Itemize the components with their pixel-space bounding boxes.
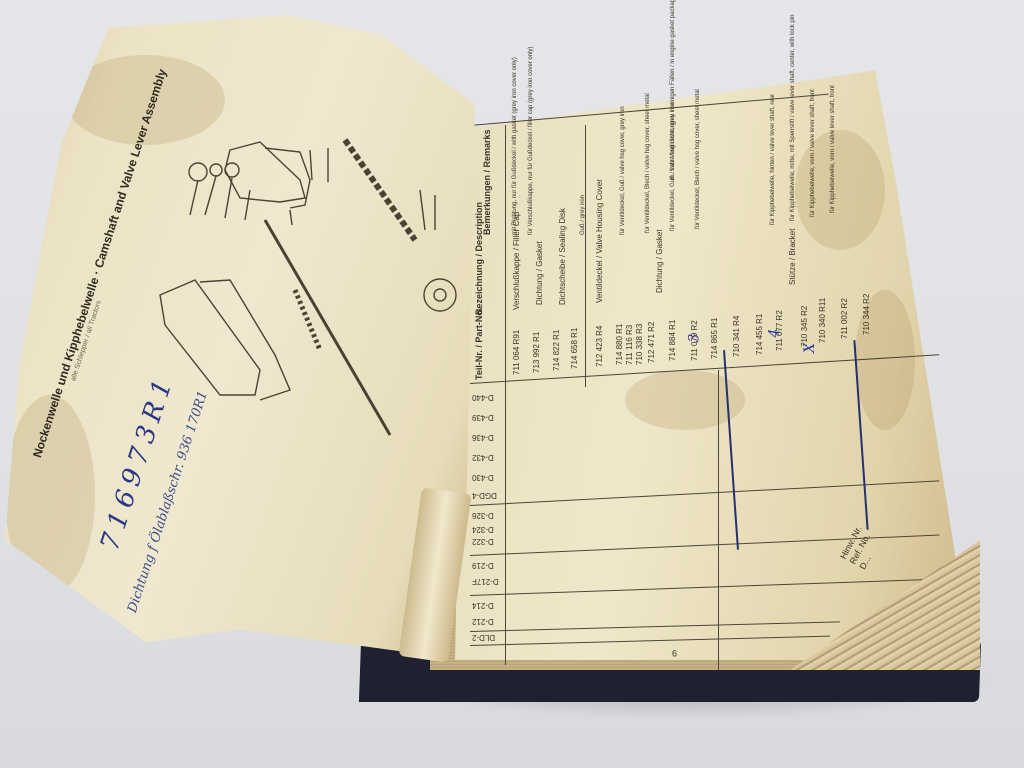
- part-number: 711 002 R2: [840, 298, 849, 339]
- column-line: [505, 125, 506, 665]
- part-remark: für Verschlußkappe, nur für Gußdeckel / …: [528, 47, 534, 235]
- row-line: [470, 579, 940, 596]
- model-label: D-439: [472, 413, 494, 422]
- part-number: 710 340 R11: [818, 298, 827, 343]
- side-note: m. Satz Ventildichtungen in einigen Fäll…: [670, 0, 676, 180]
- model-label: D-217F: [472, 577, 499, 586]
- model-label: D-219: [472, 561, 494, 570]
- model-label: D-432: [472, 453, 494, 462]
- part-remark: für Ventildeckel, Blech / valve hsg cove…: [645, 93, 651, 233]
- part-description: Dichtung / Gasket: [655, 229, 664, 293]
- part-number: 710 338 R3: [635, 324, 644, 365]
- part-remark: für Kipphebelwelle, vorn / valve lever s…: [810, 89, 816, 217]
- model-label: D-326: [472, 511, 494, 520]
- pen-line: [723, 350, 738, 550]
- part-number: 714 884 R1: [668, 320, 677, 361]
- photo-scene: Teil-Nr. / Part-No. Bezeichnung / Descri…: [0, 0, 1024, 768]
- part-number: 714 455 R1: [755, 314, 764, 355]
- model-label: DLD-2: [472, 633, 495, 642]
- part-number: 714 880 R1: [615, 324, 624, 365]
- part-remark: Guß / grey iron: [580, 195, 586, 235]
- model-label: D-322: [472, 537, 494, 546]
- part-number: 711 064 R91: [512, 330, 521, 375]
- model-label: D-212: [472, 617, 494, 626]
- part-remark: für Kipphebelwelle, hinten / valve lever…: [770, 94, 776, 225]
- group-divider: [470, 480, 939, 506]
- model-label: D-430: [472, 473, 494, 482]
- row-line: [470, 621, 840, 632]
- part-description: Stütze / Bracket: [788, 229, 797, 285]
- part-number: 714 658 R1: [570, 328, 579, 369]
- parts-table: Teil-Nr. / Part-No. Bezeichnung / Descri…: [470, 125, 950, 665]
- part-remark: für Kipphebelwelle, mitte, mit Sperrstif…: [790, 15, 796, 221]
- part-number: 712 423 R4: [595, 326, 604, 367]
- row-line: [470, 636, 830, 646]
- part-remark: mit Dichtung, nur für Gußdeckel / with g…: [512, 57, 518, 235]
- model-label: D-214: [472, 601, 494, 610]
- part-description: Dichtung / Gasket: [535, 241, 544, 305]
- header-part-no: Teil-Nr. / Part-No.: [474, 308, 484, 380]
- part-remark: für Ventildeckel, Guß / valve hsg cover,…: [620, 106, 626, 235]
- part-number: 712 471 R2: [647, 322, 656, 363]
- model-label: D-324: [472, 525, 494, 534]
- part-description: Dichtscheibe / Sealing Disk: [558, 208, 567, 305]
- part-number: 710 345 R2: [800, 306, 809, 347]
- model-label: D-436: [472, 433, 494, 442]
- part-description: Ventildeckel / Valve Housing Cover: [595, 179, 604, 303]
- handwritten-mark: X: [802, 343, 818, 353]
- part-number: 711 116 R3: [625, 325, 634, 365]
- part-number: 710 344 R2: [862, 294, 871, 335]
- column-line: [585, 125, 586, 387]
- handwritten-mark: 4: [766, 329, 782, 338]
- header-remarks: Bemerkungen / Remarks: [482, 129, 492, 235]
- model-label: DGD-4: [472, 491, 497, 500]
- page-number: 9: [672, 648, 677, 658]
- model-label: D-440: [472, 393, 494, 402]
- handwritten-mark: 3: [686, 334, 702, 343]
- column-line: [718, 370, 719, 670]
- part-remark: für Ventildeckel, Blech / valve hsg cove…: [695, 89, 701, 229]
- pen-line: [853, 340, 868, 530]
- part-number: 714 865 R1: [710, 318, 719, 359]
- part-number: 713 992 R1: [532, 332, 541, 373]
- part-number: 714 822 R1: [552, 330, 561, 371]
- part-remark: für Kipphebelwelle, vorn / valve lever s…: [830, 85, 836, 213]
- part-number: 710 341 R4: [732, 316, 741, 357]
